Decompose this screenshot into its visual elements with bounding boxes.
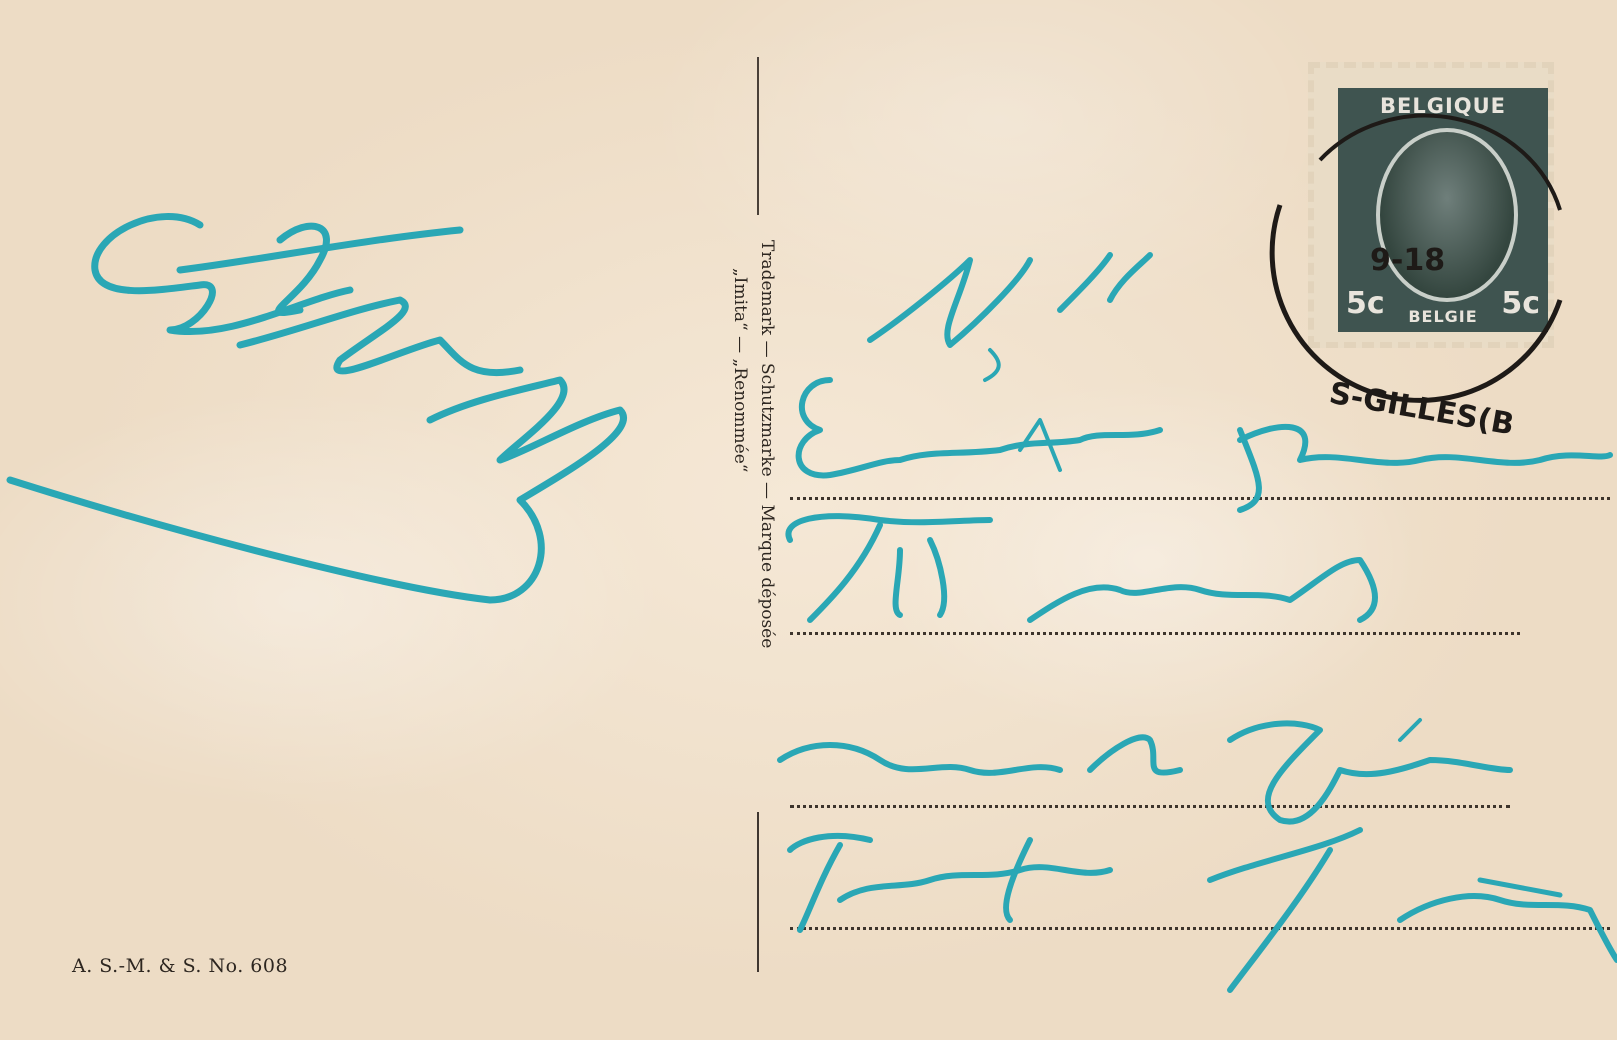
postmark-and-handwriting: S-GILLES(B 9-18 <box>0 0 1617 1040</box>
postmark-icon: S-GILLES(B 9-18 <box>1272 116 1560 443</box>
svg-text:9-18: 9-18 <box>1370 243 1445 278</box>
postcard-back: Trademark — Schutzmarke — Marque déposée… <box>0 0 1617 1040</box>
address-handwriting <box>780 255 1617 990</box>
signature-handwriting <box>10 217 624 600</box>
